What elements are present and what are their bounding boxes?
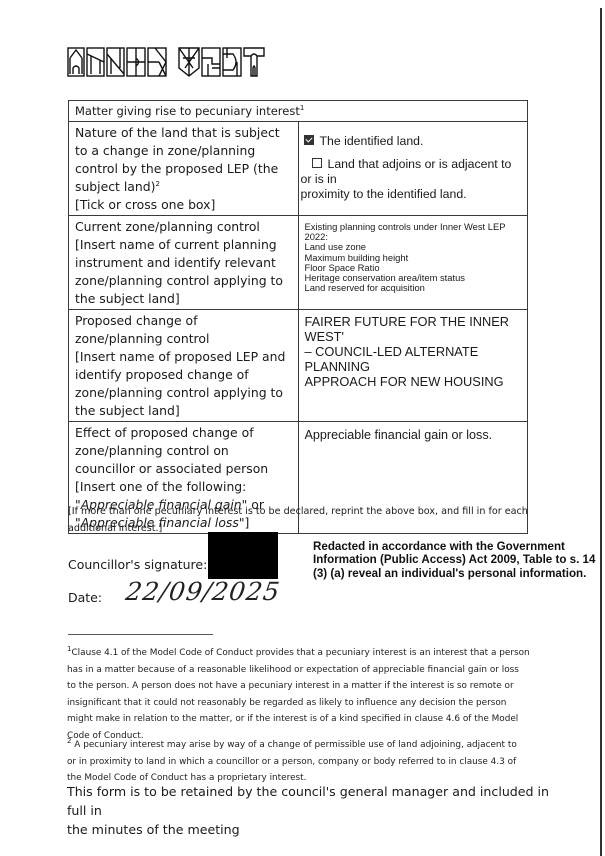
value-line: FAIRER FUTURE FOR THE INNER WEST' <box>305 314 524 344</box>
instruction-line: zone/planning control applying to <box>75 384 294 402</box>
footnote-ref-1: 1 <box>300 104 304 112</box>
label-line: Current zone/planning control <box>75 218 294 236</box>
pecuniary-interest-form-table: Matter giving rise to pecuniary interest… <box>68 100 528 534</box>
label-line: Nature of the land that is subject <box>75 124 294 142</box>
current-control-row: Current zone/planning control [Insert na… <box>69 216 528 310</box>
inner-west-logo <box>67 44 299 78</box>
option-label: proximity to the identified land. <box>301 187 467 201</box>
signature-redaction-box <box>208 532 278 579</box>
land-nature-label-cell: Nature of the land that is subject to a … <box>69 122 299 216</box>
control-line: Existing planning controls under Inner W… <box>305 222 524 242</box>
page-edge-line <box>600 8 602 856</box>
note-line: additional interest.] <box>68 520 548 537</box>
current-control-label-cell: Current zone/planning control [Insert na… <box>69 216 299 310</box>
closing-line: This form is to be retained by the counc… <box>67 782 567 820</box>
instruction-line: [Insert name of proposed LEP and <box>75 348 294 366</box>
label-line: zone/planning control <box>75 330 294 348</box>
option-label: The identified land. <box>320 134 424 148</box>
instruction-line: the subject land] <box>75 402 294 420</box>
date-label: Date: <box>68 590 102 605</box>
signature-label: Councillor's signature: <box>68 557 207 572</box>
form-header-cell: Matter giving rise to pecuniary interest… <box>69 101 528 122</box>
inner-west-logo-icon <box>67 44 299 78</box>
footnote-line: has in a matter because of a reasonable … <box>67 665 519 675</box>
footnote-ref-2: 2 <box>155 180 159 188</box>
proposed-lep-name: FAIRER FUTURE FOR THE INNER WEST' – COUN… <box>305 314 524 389</box>
current-control-value-cell: Existing planning controls under Inner W… <box>298 216 528 310</box>
control-line: Land reserved for acquisition <box>305 283 524 293</box>
footnote-1: 1Clause 4.1 of the Model Code of Conduct… <box>67 645 567 745</box>
redaction-notice: Redacted in accordance with the Governme… <box>313 540 603 580</box>
footnote-2: 2 A pecuniary interest may arise by way … <box>67 737 567 787</box>
footnote-line: to the person. A person does not have a … <box>67 681 514 691</box>
closing-instruction: This form is to be retained by the counc… <box>67 782 567 839</box>
land-nature-row: Nature of the land that is subject to a … <box>69 122 528 216</box>
current-controls-list: Existing planning controls under Inner W… <box>305 222 524 293</box>
instruction-line: [Insert one of the following: <box>75 478 294 496</box>
proposed-change-value-cell: FAIRER FUTURE FOR THE INNER WEST' – COUN… <box>298 310 528 422</box>
label-line: subject land) <box>75 179 155 194</box>
footnote-line: or in proximity to land in which a counc… <box>67 757 516 767</box>
reprint-note: [If more than one pecuniary interest is … <box>68 503 548 537</box>
footnote-line: A pecuniary interest may arise by way of… <box>74 740 516 750</box>
footnote-line: insignificant that it could not reasonab… <box>67 698 506 708</box>
label-line: zone/planning control on <box>75 442 294 460</box>
instruction-line: the subject land] <box>75 290 294 308</box>
option-identified-land[interactable]: The identified land. <box>304 134 524 149</box>
label-line: control by the proposed LEP (the <box>75 160 294 178</box>
form-header-row: Matter giving rise to pecuniary interest… <box>69 101 528 122</box>
checkbox-checked-icon[interactable] <box>304 135 314 145</box>
label-line: Effect of proposed change of <box>75 424 294 442</box>
value-line: APPROACH FOR NEW HOUSING <box>305 374 524 389</box>
proposed-change-label-cell: Proposed change of zone/planning control… <box>69 310 299 422</box>
handwritten-date: 22/09/2025 <box>124 577 282 606</box>
option-adjoining-land[interactable]: Land that adjoins or is adjacent to or i… <box>301 157 524 202</box>
footnote-ref: 2 <box>67 737 71 745</box>
note-line: [If more than one pecuniary interest is … <box>68 503 548 520</box>
footnote-line: Clause 4.1 of the Model Code of Conduct … <box>71 648 529 658</box>
land-nature-options-cell: The identified land. Land that adjoins o… <box>298 122 528 216</box>
instruction-line: instrument and identify relevant <box>75 254 294 272</box>
value-line: – COUNCIL-LED ALTERNATE PLANNING <box>305 344 524 374</box>
instruction-text: [Tick or cross one box] <box>75 196 294 214</box>
form-header-label: Matter giving rise to pecuniary interest <box>75 104 300 118</box>
closing-line: the minutes of the meeting <box>67 820 567 839</box>
effect-value: Appreciable financial gain or loss. <box>305 428 524 442</box>
footnote-divider <box>68 634 213 635</box>
instruction-line: [Insert name of current planning <box>75 236 294 254</box>
footnote-line: might make in relation to the matter, or… <box>67 714 518 724</box>
label-line: to a change in zone/planning <box>75 142 294 160</box>
instruction-line: identify proposed change of <box>75 366 294 384</box>
instruction-line: zone/planning control applying to <box>75 272 294 290</box>
label-line: councillor or associated person <box>75 460 294 478</box>
label-line: Proposed change of <box>75 312 294 330</box>
checkbox-unchecked-icon[interactable] <box>312 158 322 168</box>
option-label: Land that adjoins or is adjacent to or i… <box>301 157 512 186</box>
proposed-change-row: Proposed change of zone/planning control… <box>69 310 528 422</box>
